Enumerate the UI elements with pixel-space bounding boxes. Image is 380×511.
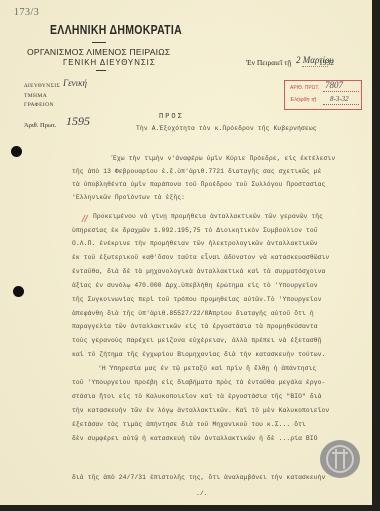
date-year: 1932 [319,58,334,67]
body-line: ἐνταῦθα, διὰ δὲ τὰ μηχανολογικὰ ἀνταλλακ… [72,268,325,275]
reference-value: 1595 [66,114,90,129]
continuation-mark: ./. [196,490,208,497]
office-label: ΓΡΑΦΕΙΟΝ [24,102,54,108]
letterhead-title: ΕΛΛΗΝΙΚΗ ΔΗΜΟΚΡΑΤΙΑ [50,23,182,38]
body-line: τοῦ 'Υπουργείου προέβη εἰς διαβήματα πρὸ… [72,379,325,386]
place-date: Ἐν Πειραιεῖ τῇ [246,58,291,67]
archive-seal-icon [320,440,360,478]
body-line: τοὺς γερανοὺς παρέχει μείζονα εὐχέρειαν,… [72,337,322,344]
stamp-received-label: Ἐλήφθη τῇ [290,97,316,103]
body-line: Ἔχω τὴν τιμὴν ν'ἀναφέρω ὑμῖν Κύριε Πρόεδ… [113,155,335,162]
body-line: τὴν κατασκευὴν τῶν ἐν λόγῳ ἀνταλλακτικῶν… [72,407,329,414]
stamp-protocol-value: 7807 [325,80,343,90]
letterhead-organization: ΟΡΓΑΝΙΣΜΟΣ ΛΙΜΕΝΟΣ ΠΕΙΡΑΙΩΣ [27,47,170,57]
punch-hole [11,146,22,157]
body-line: δὲν συμφέρει αὐτῷ ἡ κατασκευὴ τῶν ἀνταλλ… [72,435,318,442]
place-prefix: Ἐν Πειραιεῖ τῇ [246,58,291,67]
body-line: ὑπηρεσίας ἐκ δραχμῶν 1.092.195,75 τὸ Διο… [72,227,318,234]
body-line: ἐκ τοῦ ἐξωτερικοῦ καθ'ὅσον ταῦτα εἶναι ἀ… [72,254,329,261]
body-line: 'Ελληνικῶν Προϊόντων τὰ ἑξῆς: [72,194,185,201]
reception-stamp: ΑΡΙΘ. ΠΡΩΤ. 7807 Ἐλήφθη τῇ 8-3-32 [284,80,362,110]
stamp-dotted-line [323,91,359,92]
stamp-dotted-line [323,104,359,105]
margin-mark: // [82,214,88,225]
scan-border-bottom [0,505,380,511]
body-line: Ο.Λ.Π. ἐνέκρινε τὴν προμήθειαν τῶν ἠλεκτ… [72,240,318,247]
body-line: τῆς ἀπὸ 13 Φεβρουαρίου ἐ.ἔ.ὑπ'ἀριθ.7721 … [72,168,322,175]
body-line: τὰ ὑποβληθέντα ὑμῖν παράπονα τοῦ Προέδρο… [72,181,325,188]
archive-number: 173/3 [14,7,39,18]
department-value: Γενική [63,78,87,88]
department-label: ΔΙΕΥΘΥΝΣΙΣ [24,83,60,89]
body-line: ἀπεφάνθη διὰ τῆς ὑπ'ἀριθ.85527/22/8Ἀπρίο… [72,310,314,317]
reference-label: Ἀριθ. Πρωτ. [24,122,57,129]
scan-border-right [372,0,380,511]
stamp-received-value: 8-3-32 [330,95,349,103]
body-line: παραγγελία τῶν ἀνταλλακτικῶν εἰς τὰ ἐργο… [72,323,318,330]
body-line: στάσια ἤτοι εἰς τὸ Καλυκοποιεῖον καὶ τὰ … [72,393,322,400]
body-line: ἐξετάσαν τὰς τιμὰς ἀπήντησε διὰ τοῦ Μηχα… [72,421,306,428]
section-label: ΤΜΗΜΑ [24,93,47,99]
body-line: 'Η Ὑπηρεσία μας ἐν τῷ μεταξὺ καὶ πρὶν ἢ … [98,365,316,372]
letterhead-divider [92,42,106,43]
punch-hole [13,286,24,297]
body-line: ἀξίας ἐν συνόλῳ 470.000 Δρχ.ὑπεβλήθη ἐρώ… [72,282,318,289]
letterhead-divider [96,70,106,71]
body-line: Προκειμένου νὰ γίνῃ προμήθεια ἀνταλλακτι… [93,213,323,220]
body-line: διὰ τῆς ἀπὸ 24/7/31 ἐπιστολῆς της, ὅτι ἀ… [72,474,325,481]
letterhead-directorate: ΓΕΝΙΚΗ ΔΙΕΥΘΥΝΣΙΣ [63,58,156,67]
addressee: Τὴν Α.Ἐξοχότητα τὸν κ.Πρόεδρον τῆς Κυβερ… [136,125,317,132]
stamp-protocol-label: ΑΡΙΘ. ΠΡΩΤ. [290,85,319,91]
document-page: 173/3 ΕΛΛΗΝΙΚΗ ΔΗΜΟΚΡΑΤΙΑ ΟΡΓΑΝΙΣΜΟΣ ΛΙΜ… [0,0,372,505]
recipient-heading: ΠΡΟΣ [159,113,184,121]
body-line: καὶ τὸ ζήτημα τῆς ἐγχωρίου Βιομηχανίας δ… [72,351,325,358]
body-line: τῆς Συγκοινωνίας περὶ τοῦ τρόπου προμηθε… [72,296,322,303]
